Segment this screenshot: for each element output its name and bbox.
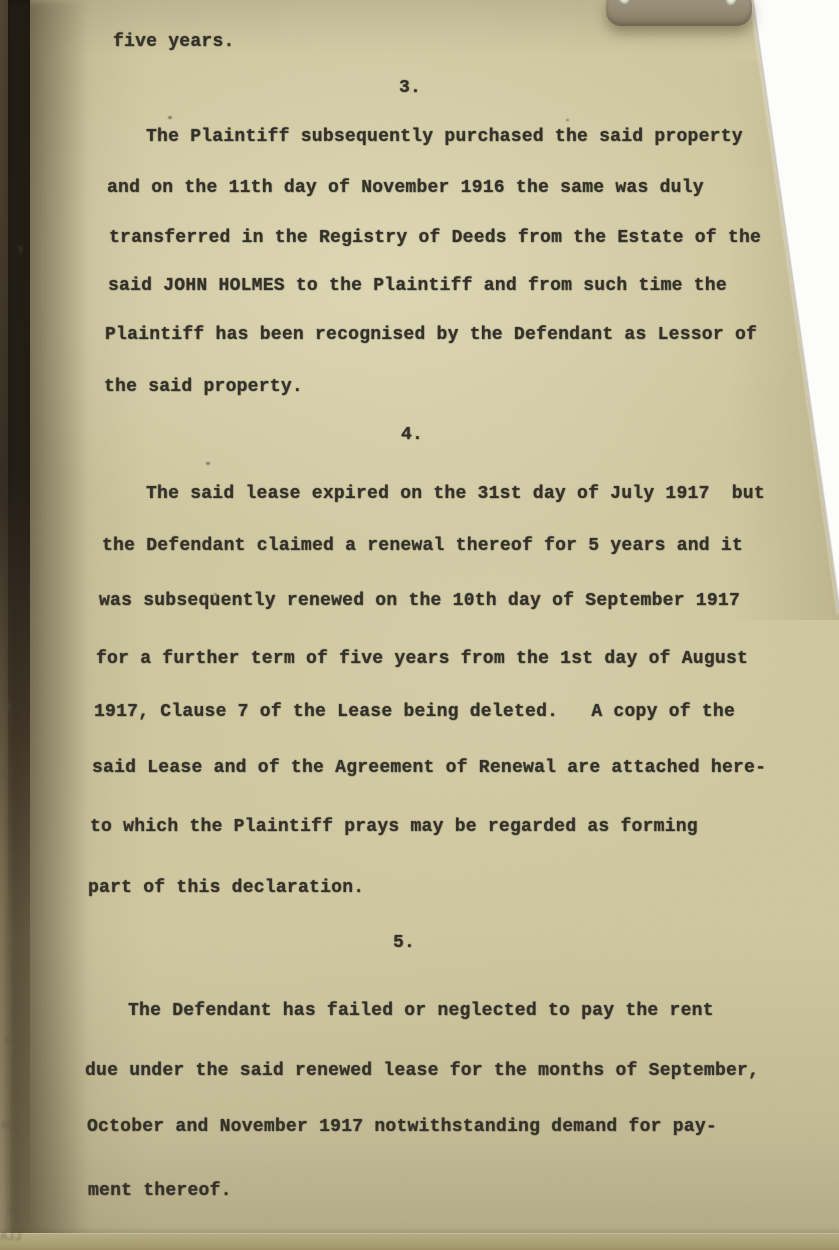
text-line: for a further term of five years from th… — [96, 648, 748, 670]
text-line: the said property. — [104, 376, 303, 398]
ghost-mark: w — [8, 1204, 15, 1218]
text-line: ment thereof. — [88, 1180, 232, 1202]
text-line: The said lease expired on the 31st day o… — [146, 483, 765, 505]
book-binding — [0, 0, 30, 1250]
ghost-mark: LLA — [0, 1230, 22, 1244]
text-line: to which the Plaintiff prays may be rega… — [90, 816, 698, 838]
text-line: said JOHN HOLMES to the Plaintiff and fr… — [108, 275, 727, 297]
text-line: The Plaintiff subsequently purchased the… — [146, 126, 743, 148]
ghost-mark: Qa — [1, 1118, 15, 1132]
text-line: and on the 11th day of November 1916 the… — [107, 177, 704, 199]
text-line: 1917, Clause 7 of the Lease being delete… — [94, 701, 735, 723]
text-line: The Defendant has failed or neglected to… — [128, 1000, 714, 1022]
ink-speck — [168, 116, 172, 119]
gutter-shadow — [8, 0, 88, 1250]
ink-speck — [566, 119, 569, 121]
text-line: said Lease and of the Agreement of Renew… — [92, 757, 766, 779]
text-line: October and November 1917 notwithstandin… — [87, 1116, 717, 1138]
page-torn-edge — [749, 0, 839, 615]
text-line: was subsequently renewed on the 10th day… — [99, 590, 740, 612]
clip-glint-icon — [616, 0, 631, 5]
text-line: five years. — [113, 31, 235, 53]
text-line: the Defendant claimed a renewal thereof … — [102, 535, 743, 557]
text-line: due under the said renewed lease for the… — [85, 1060, 759, 1082]
document-scan: five years. 3. The Plaintiff subsequentl… — [0, 0, 839, 1250]
section-number-5: 5. — [393, 932, 415, 954]
clip-glint-icon — [724, 0, 739, 6]
text-line: Plaintiff has been recognised by the Def… — [105, 324, 757, 346]
ghost-mark: ) — [6, 852, 13, 866]
bottom-crease — [0, 1228, 839, 1234]
paper-clip — [606, 0, 752, 26]
ink-speck — [206, 462, 210, 465]
ghost-mark: :C — [1, 766, 15, 780]
text-line: part of this declaration. — [88, 877, 364, 899]
ghost-mark: r — [16, 243, 23, 257]
section-number-3: 3. — [399, 77, 421, 99]
ghost-mark: M — [8, 944, 15, 958]
ghost-mark: c — [4, 700, 11, 714]
ghost-mark: ta — [4, 1034, 18, 1048]
bottom-page-edge — [0, 1233, 839, 1250]
text-line: transferred in the Registry of Deeds fro… — [109, 227, 761, 249]
section-number-4: 4. — [401, 424, 423, 446]
binding-edge — [0, 0, 8, 1250]
